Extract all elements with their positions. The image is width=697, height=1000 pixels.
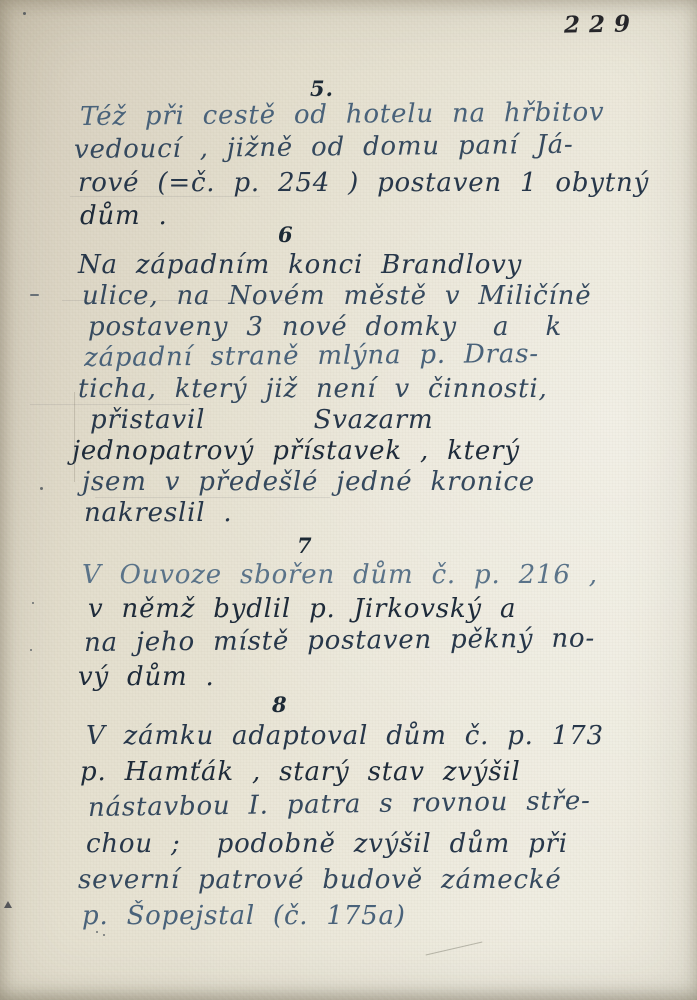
margin-mark xyxy=(4,901,12,908)
handwritten-line: chou ; podobně zvýšil dům při xyxy=(86,826,662,862)
handwritten-line: na jeho místě postaven pěkný no- xyxy=(84,621,662,660)
handwritten-line: přistavil Svazarm xyxy=(90,405,662,436)
section-6: 6 Na západním konci Brandlovy ulice, na … xyxy=(70,222,662,529)
ink-speck xyxy=(23,12,26,15)
handwritten-line: vý dům . xyxy=(78,660,662,694)
handwritten-line: vedoucí , jižně od domu paní Já- xyxy=(74,128,662,167)
ink-speck xyxy=(40,487,43,490)
section-number: 6 xyxy=(278,222,662,247)
handwritten-line: V Ouvoze sbořen dům č. p. 216 , xyxy=(82,558,662,592)
margin-dash xyxy=(30,294,39,296)
section-5: 5. Též při cestě od hotelu na hřbitov ve… xyxy=(70,76,662,233)
handwritten-line: jsem v předešlé jedné kronice xyxy=(82,467,662,498)
handwritten-line: Na západním konci Brandlovy xyxy=(78,250,662,281)
ink-speck xyxy=(103,934,105,936)
section-number: 7 xyxy=(297,533,662,558)
handwritten-line: nástavbou I. patra s rovnou stře- xyxy=(88,782,662,826)
section-8: 8 V zámku adaptoval dům č. p. 173 p. Ham… xyxy=(70,692,662,934)
handwritten-line: ulice, na Novém městě v Miličíně xyxy=(82,281,662,312)
section-number: 8 xyxy=(272,692,662,717)
handwritten-line: nakreslil . xyxy=(84,498,662,529)
pencil-stroke xyxy=(426,941,483,955)
handwritten-line: V zámku adaptoval dům č. p. 173 xyxy=(86,718,662,754)
handwritten-line: rové (=č. p. 254 ) postaven 1 obytný xyxy=(78,167,662,200)
page-number: 229 xyxy=(564,10,639,38)
manuscript-page: 229 5. Též při cestě od hotelu na hřbito… xyxy=(0,0,697,1000)
handwritten-line: severní patrové budově zámecké xyxy=(78,862,662,898)
ink-speck xyxy=(32,602,34,604)
handwritten-line: p. Šopejstal (č. 175a) xyxy=(82,898,662,934)
handwritten-line: ticha, který již není v činnosti, xyxy=(78,374,662,405)
handwritten-line: západní straně mlýna p. Dras- xyxy=(84,338,662,374)
section-7: 7 V Ouvoze sbořen dům č. p. 216 , v němž… xyxy=(70,533,662,694)
chronicle-text: 5. Též při cestě od hotelu na hřbitov ve… xyxy=(70,76,662,934)
ink-speck xyxy=(30,649,32,651)
handwritten-line: jednopatrový přístavek , který xyxy=(72,436,662,467)
